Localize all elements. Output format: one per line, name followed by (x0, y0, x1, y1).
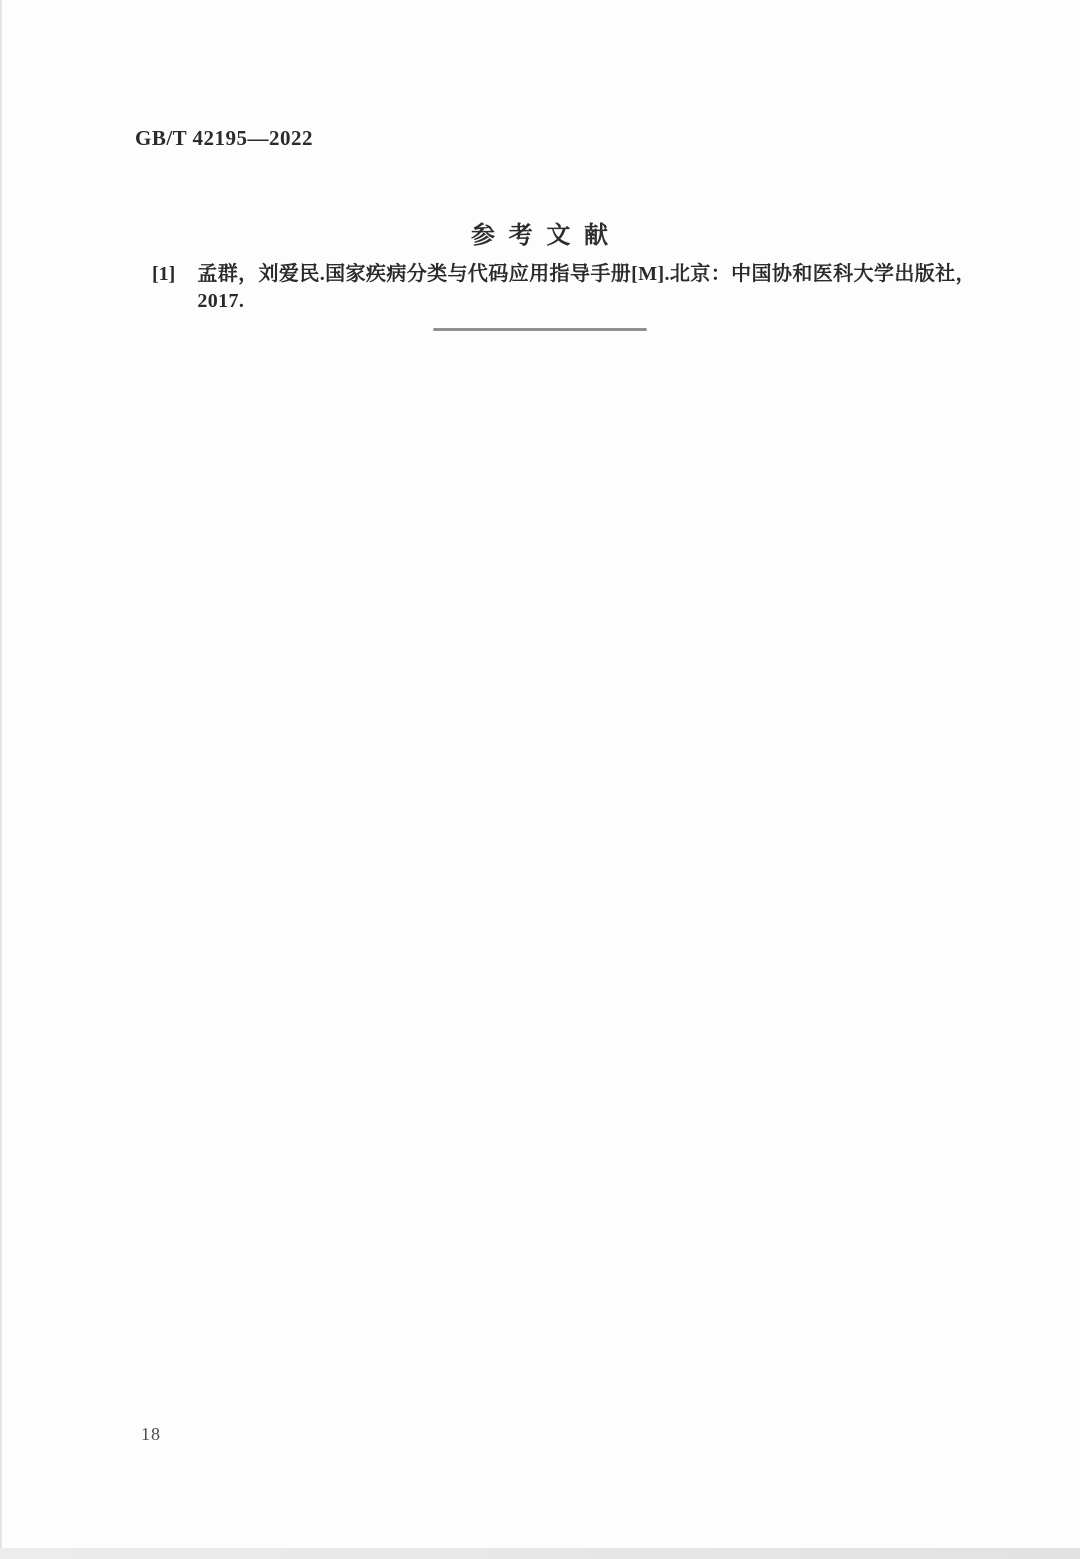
end-of-document-rule (433, 328, 647, 331)
reference-entry: [1] 孟群，刘爱民.国家疾病分类与代码应用指导手册[M].北京：中国协和医科大… (152, 261, 982, 315)
scan-bottom-edge-artifact (0, 1548, 1080, 1559)
reference-text: 孟群，刘爱民.国家疾病分类与代码应用指导手册[M].北京：中国协和医科大学出版社… (197, 261, 982, 315)
document-page: GB/T 42195—2022 参 考 文 献 [1] 孟群，刘爱民.国家疾病分… (0, 0, 1080, 1559)
references-heading: 参 考 文 献 (0, 215, 1080, 250)
page-number: 18 (141, 1424, 161, 1445)
standard-number: GB/T 42195—2022 (135, 126, 313, 151)
reference-number: [1] (152, 261, 175, 288)
